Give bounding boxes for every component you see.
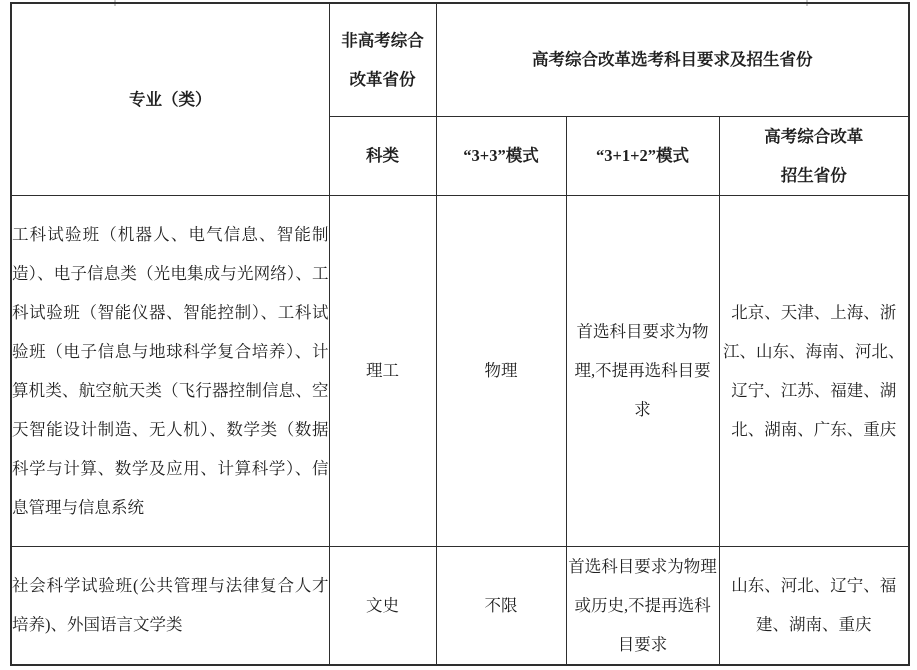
mode-3-1-2-requirement-value: 首选科目要求为物理,不提再选科目要求 bbox=[574, 322, 710, 419]
header-subject-category-label: 科类 bbox=[366, 146, 399, 165]
header-reform-admission-provinces-line1: 高考综合改革 bbox=[720, 117, 909, 156]
header-mode-3-3: “3+3”模式 bbox=[436, 116, 566, 195]
table-row-science-engineering: 工科试验班（机器人、电气信息、智能制造）、电子信息类（光电集成与光网络）、工科试… bbox=[11, 195, 909, 546]
major-list-text: 社会科学试验班(公共管理与法律复合人才培养)、外国语言文学类 bbox=[12, 576, 329, 634]
reform-provinces-value: 北京、天津、上海、浙江、山东、海南、河北、辽宁、江苏、福建、湖北、湖南、广东、重… bbox=[723, 303, 905, 439]
header-subject-category: 科类 bbox=[329, 116, 436, 195]
cell-subject-category: 文史 bbox=[329, 546, 436, 665]
mode-3-3-requirement-value: 不限 bbox=[485, 596, 518, 615]
header-reform-group: 高考综合改革选考科目要求及招生省份 bbox=[436, 3, 909, 116]
reform-provinces-value: 山东、河北、辽宁、福建、湖南、重庆 bbox=[731, 576, 896, 634]
cell-major-list: 社会科学试验班(公共管理与法律复合人才培养)、外国语言文学类 bbox=[11, 546, 329, 665]
cell-mode-3-1-2-requirement: 首选科目要求为物理,不提再选科目要求 bbox=[566, 195, 719, 546]
table-row-humanities: 社会科学试验班(公共管理与法律复合人才培养)、外国语言文学类 文史 不限 首选科… bbox=[11, 546, 909, 665]
header-non-reform-provinces: 非高考综合 改革省份 bbox=[329, 3, 436, 116]
major-list-text: 工科试验班（机器人、电气信息、智能制造）、电子信息类（光电集成与光网络）、工科试… bbox=[12, 225, 329, 517]
header-row-1: 专业（类） 非高考综合 改革省份 高考综合改革选考科目要求及招生省份 bbox=[11, 3, 909, 116]
cell-mode-3-3-requirement: 物理 bbox=[436, 195, 566, 546]
mode-3-1-2-requirement-value: 首选科目要求为物理或历史,不提再选科目要求 bbox=[568, 557, 717, 654]
admission-subject-requirements-table: 专业（类） 非高考综合 改革省份 高考综合改革选考科目要求及招生省份 科类 “3… bbox=[10, 2, 910, 666]
subject-category-value: 理工 bbox=[366, 361, 399, 380]
header-reform-admission-provinces-line2: 招生省份 bbox=[720, 156, 909, 195]
document-page: 专业（类） 非高考综合 改革省份 高考综合改革选考科目要求及招生省份 科类 “3… bbox=[0, 0, 917, 670]
header-reform-admission-provinces: 高考综合改革 招生省份 bbox=[719, 116, 909, 195]
header-mode-3-1-2-label: “3+1+2”模式 bbox=[596, 146, 689, 165]
header-mode-3-3-label: “3+3”模式 bbox=[463, 146, 538, 165]
header-non-reform-provinces-line1: 非高考综合 bbox=[330, 21, 436, 60]
header-non-reform-provinces-line2: 改革省份 bbox=[330, 60, 436, 99]
header-major-category: 专业（类） bbox=[11, 3, 329, 195]
header-reform-group-label: 高考综合改革选考科目要求及招生省份 bbox=[532, 50, 813, 69]
cell-major-list: 工科试验班（机器人、电气信息、智能制造）、电子信息类（光电集成与光网络）、工科试… bbox=[11, 195, 329, 546]
cell-mode-3-1-2-requirement: 首选科目要求为物理或历史,不提再选科目要求 bbox=[566, 546, 719, 665]
header-mode-3-1-2: “3+1+2”模式 bbox=[566, 116, 719, 195]
header-major-category-label: 专业（类） bbox=[129, 90, 212, 109]
cell-reform-provinces: 山东、河北、辽宁、福建、湖南、重庆 bbox=[719, 546, 909, 665]
mode-3-3-requirement-value: 物理 bbox=[485, 361, 518, 380]
cell-mode-3-3-requirement: 不限 bbox=[436, 546, 566, 665]
subject-category-value: 文史 bbox=[366, 596, 399, 615]
cell-subject-category: 理工 bbox=[329, 195, 436, 546]
cell-reform-provinces: 北京、天津、上海、浙江、山东、海南、河北、辽宁、江苏、福建、湖北、湖南、广东、重… bbox=[719, 195, 909, 546]
